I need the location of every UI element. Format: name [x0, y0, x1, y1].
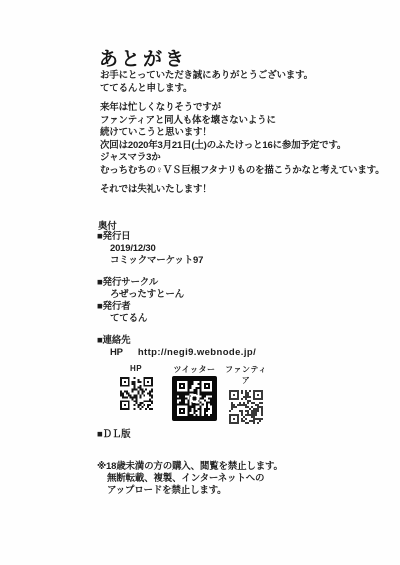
colophon-heading: 奥付 [98, 218, 117, 232]
text-line: お手にとっていただき誠にありがとうございます。 [100, 69, 313, 82]
afterword-paragraph-1: お手にとっていただき誠にありがとうございます。 ててるんと申します。 [100, 69, 313, 96]
homepage-line: HPhttp://negi9.webnode.jp/ [97, 347, 256, 359]
text-line: ててるんと申します。 [100, 82, 313, 95]
qr-label-hp: HP [112, 364, 160, 373]
colophon-entries: ■発行日 2019/12/30 コミックマーケット97 ■発行サークル ろぜった… [97, 231, 203, 325]
afterword-paragraph-2: 来年は忙しくなりそうですが ファンティアと同人も体を壊さないように 続けていこう… [100, 102, 385, 177]
qr-code-hp [120, 377, 153, 410]
qr-code-twitter [172, 376, 217, 421]
text-line: ファンティアと同人も体を壊さないように [100, 115, 385, 128]
text-line: 来年は忙しくなりそうですが [100, 102, 385, 115]
qr-block-fantia: ファンティア [224, 364, 268, 424]
disclaimer-line: アップロードを禁止します。 [97, 485, 283, 497]
colophon-entry-date: ■発行日 2019/12/30 コミックマーケット97 [97, 231, 203, 266]
qr-block-hp: HP [112, 364, 160, 410]
disclaimer-line: ※18歳未満の方の購入、閲覧を禁止します。 [97, 461, 283, 473]
qr-code-fantia [229, 390, 263, 424]
entry-value: コミックマーケット97 [97, 255, 203, 267]
colophon-entry-publisher: ■発行者 ててるん [97, 301, 203, 325]
colophon-entry-circle: ■発行サークル ろぜったすとーん [97, 277, 203, 301]
dl-version-label: ■ＤＬ版 [97, 426, 130, 440]
page-title: あとがき [99, 44, 187, 71]
entry-label: ■発行サークル [97, 277, 203, 289]
text-line: 次回は2020年3月21日(土)のふたけっと16に参加予定です。 [100, 140, 385, 153]
entry-label: ■発行者 [97, 301, 203, 313]
afterword-page: あとがき お手にとっていただき誠にありがとうございます。 ててるんと申します。 … [0, 0, 400, 565]
entry-value: 2019/12/30 [97, 243, 203, 255]
qr-label-twitter: ツイッター [171, 364, 218, 375]
text-line: ジャスマラ3か [100, 152, 385, 165]
disclaimer: ※18歳未満の方の購入、閲覧を禁止します。 無断転載、複製、インターネットへの … [97, 461, 283, 496]
entry-value: ててるん [97, 313, 203, 325]
entry-value: ろぜったすとーん [97, 289, 203, 301]
hp-label: HP [110, 347, 123, 358]
disclaimer-line: 無断転載、複製、インターネットへの [97, 473, 283, 485]
entry-label: ■発行日 [97, 231, 203, 243]
contact-section: ■連絡先 HPhttp://negi9.webnode.jp/ [97, 335, 256, 360]
homepage-url: http://negi9.webnode.jp/ [138, 347, 256, 358]
text-line: むっちむちの♀ＶＳ巨根フタナリものを描こうかなと考えています。 [100, 165, 385, 178]
qr-label-fantia: ファンティア [224, 364, 268, 386]
contact-label: ■連絡先 [97, 335, 256, 347]
qr-block-twitter: ツイッター [171, 364, 218, 421]
closing-line: それでは失礼いたします！ [100, 184, 212, 197]
text-line: 続けていこうと思います！ [100, 127, 385, 140]
